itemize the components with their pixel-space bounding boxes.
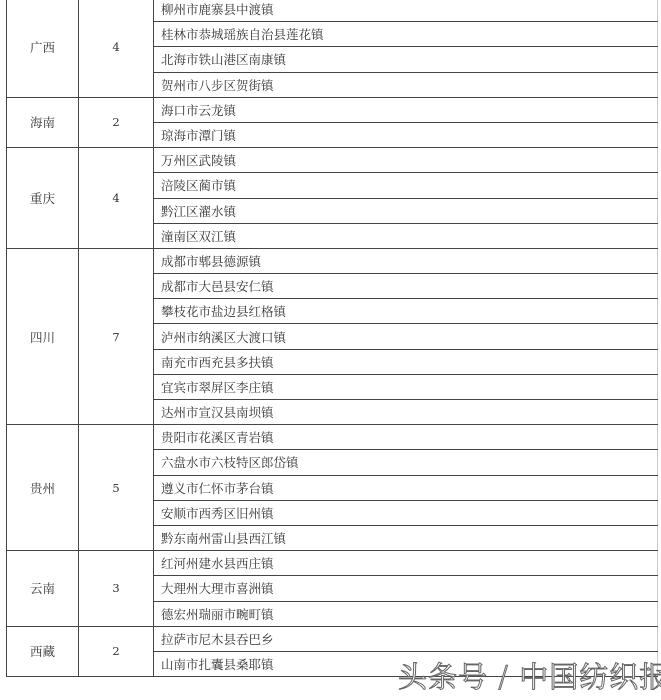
table-row: 广西4柳州市鹿寨县中渡镇	[7, 0, 658, 22]
town-cell: 万州区武陵镇	[154, 148, 658, 173]
town-cell: 成都市大邑县安仁镇	[154, 274, 658, 299]
town-cell: 潼南区双江镇	[154, 223, 658, 248]
province-cell: 四川	[7, 248, 79, 424]
town-cell: 拉萨市尼木县吞巴乡	[154, 626, 658, 651]
town-cell: 安顺市西秀区旧州镇	[154, 500, 658, 525]
table-body: 广西4柳州市鹿寨县中渡镇桂林市恭城瑶族自治县莲花镇北海市铁山港区南康镇贺州市八步…	[7, 0, 658, 677]
town-cell: 遵义市仁怀市茅台镇	[154, 475, 658, 500]
town-cell: 攀枝花市盐边县红格镇	[154, 299, 658, 324]
province-cell: 海南	[7, 97, 79, 147]
town-cell: 柳州市鹿寨县中渡镇	[154, 0, 658, 22]
town-cell: 泸州市纳溪区大渡口镇	[154, 324, 658, 349]
town-cell: 贺州市八步区贺街镇	[154, 72, 658, 97]
town-cell: 南充市西充县多扶镇	[154, 349, 658, 374]
town-cell: 大理州大理市喜洲镇	[154, 576, 658, 601]
province-cell: 西藏	[7, 626, 79, 676]
town-cell: 桂林市恭城瑶族自治县莲花镇	[154, 22, 658, 47]
table-row: 西藏2拉萨市尼木县吞巴乡	[7, 626, 658, 651]
town-cell: 贵阳市花溪区青岩镇	[154, 425, 658, 450]
town-cell: 海口市云龙镇	[154, 97, 658, 122]
table-row: 海南2海口市云龙镇	[7, 97, 658, 122]
town-cell: 琼海市潭门镇	[154, 122, 658, 147]
town-cell: 宜宾市翠屏区李庄镇	[154, 374, 658, 399]
watermark: 头条号 / 中国纺织报	[398, 655, 661, 696]
province-cell: 贵州	[7, 425, 79, 551]
province-cell: 云南	[7, 551, 79, 627]
town-cell: 黔东南州雷山县西江镇	[154, 525, 658, 550]
count-cell: 7	[79, 248, 154, 424]
count-cell: 2	[79, 97, 154, 147]
town-cell: 涪陵区蔺市镇	[154, 173, 658, 198]
town-cell: 六盘水市六枝特区郎岱镇	[154, 450, 658, 475]
town-cell: 德宏州瑞丽市畹町镇	[154, 601, 658, 626]
province-cell: 广西	[7, 0, 79, 97]
count-cell: 5	[79, 425, 154, 551]
characteristic-towns-table: 广西4柳州市鹿寨县中渡镇桂林市恭城瑶族自治县莲花镇北海市铁山港区南康镇贺州市八步…	[6, 0, 658, 677]
count-cell: 4	[79, 148, 154, 249]
town-cell: 成都市郫县德源镇	[154, 248, 658, 273]
count-cell: 2	[79, 626, 154, 676]
count-cell: 4	[79, 0, 154, 97]
town-cell: 黔江区濯水镇	[154, 198, 658, 223]
table-row: 贵州5贵阳市花溪区青岩镇	[7, 425, 658, 450]
town-cell: 达州市宣汉县南坝镇	[154, 400, 658, 425]
town-cell: 红河州建水县西庄镇	[154, 551, 658, 576]
count-cell: 3	[79, 551, 154, 627]
table-row: 重庆4万州区武陵镇	[7, 148, 658, 173]
province-cell: 重庆	[7, 148, 79, 249]
town-cell: 北海市铁山港区南康镇	[154, 47, 658, 72]
table-row: 四川7成都市郫县德源镇	[7, 248, 658, 273]
table-row: 云南3红河州建水县西庄镇	[7, 551, 658, 576]
